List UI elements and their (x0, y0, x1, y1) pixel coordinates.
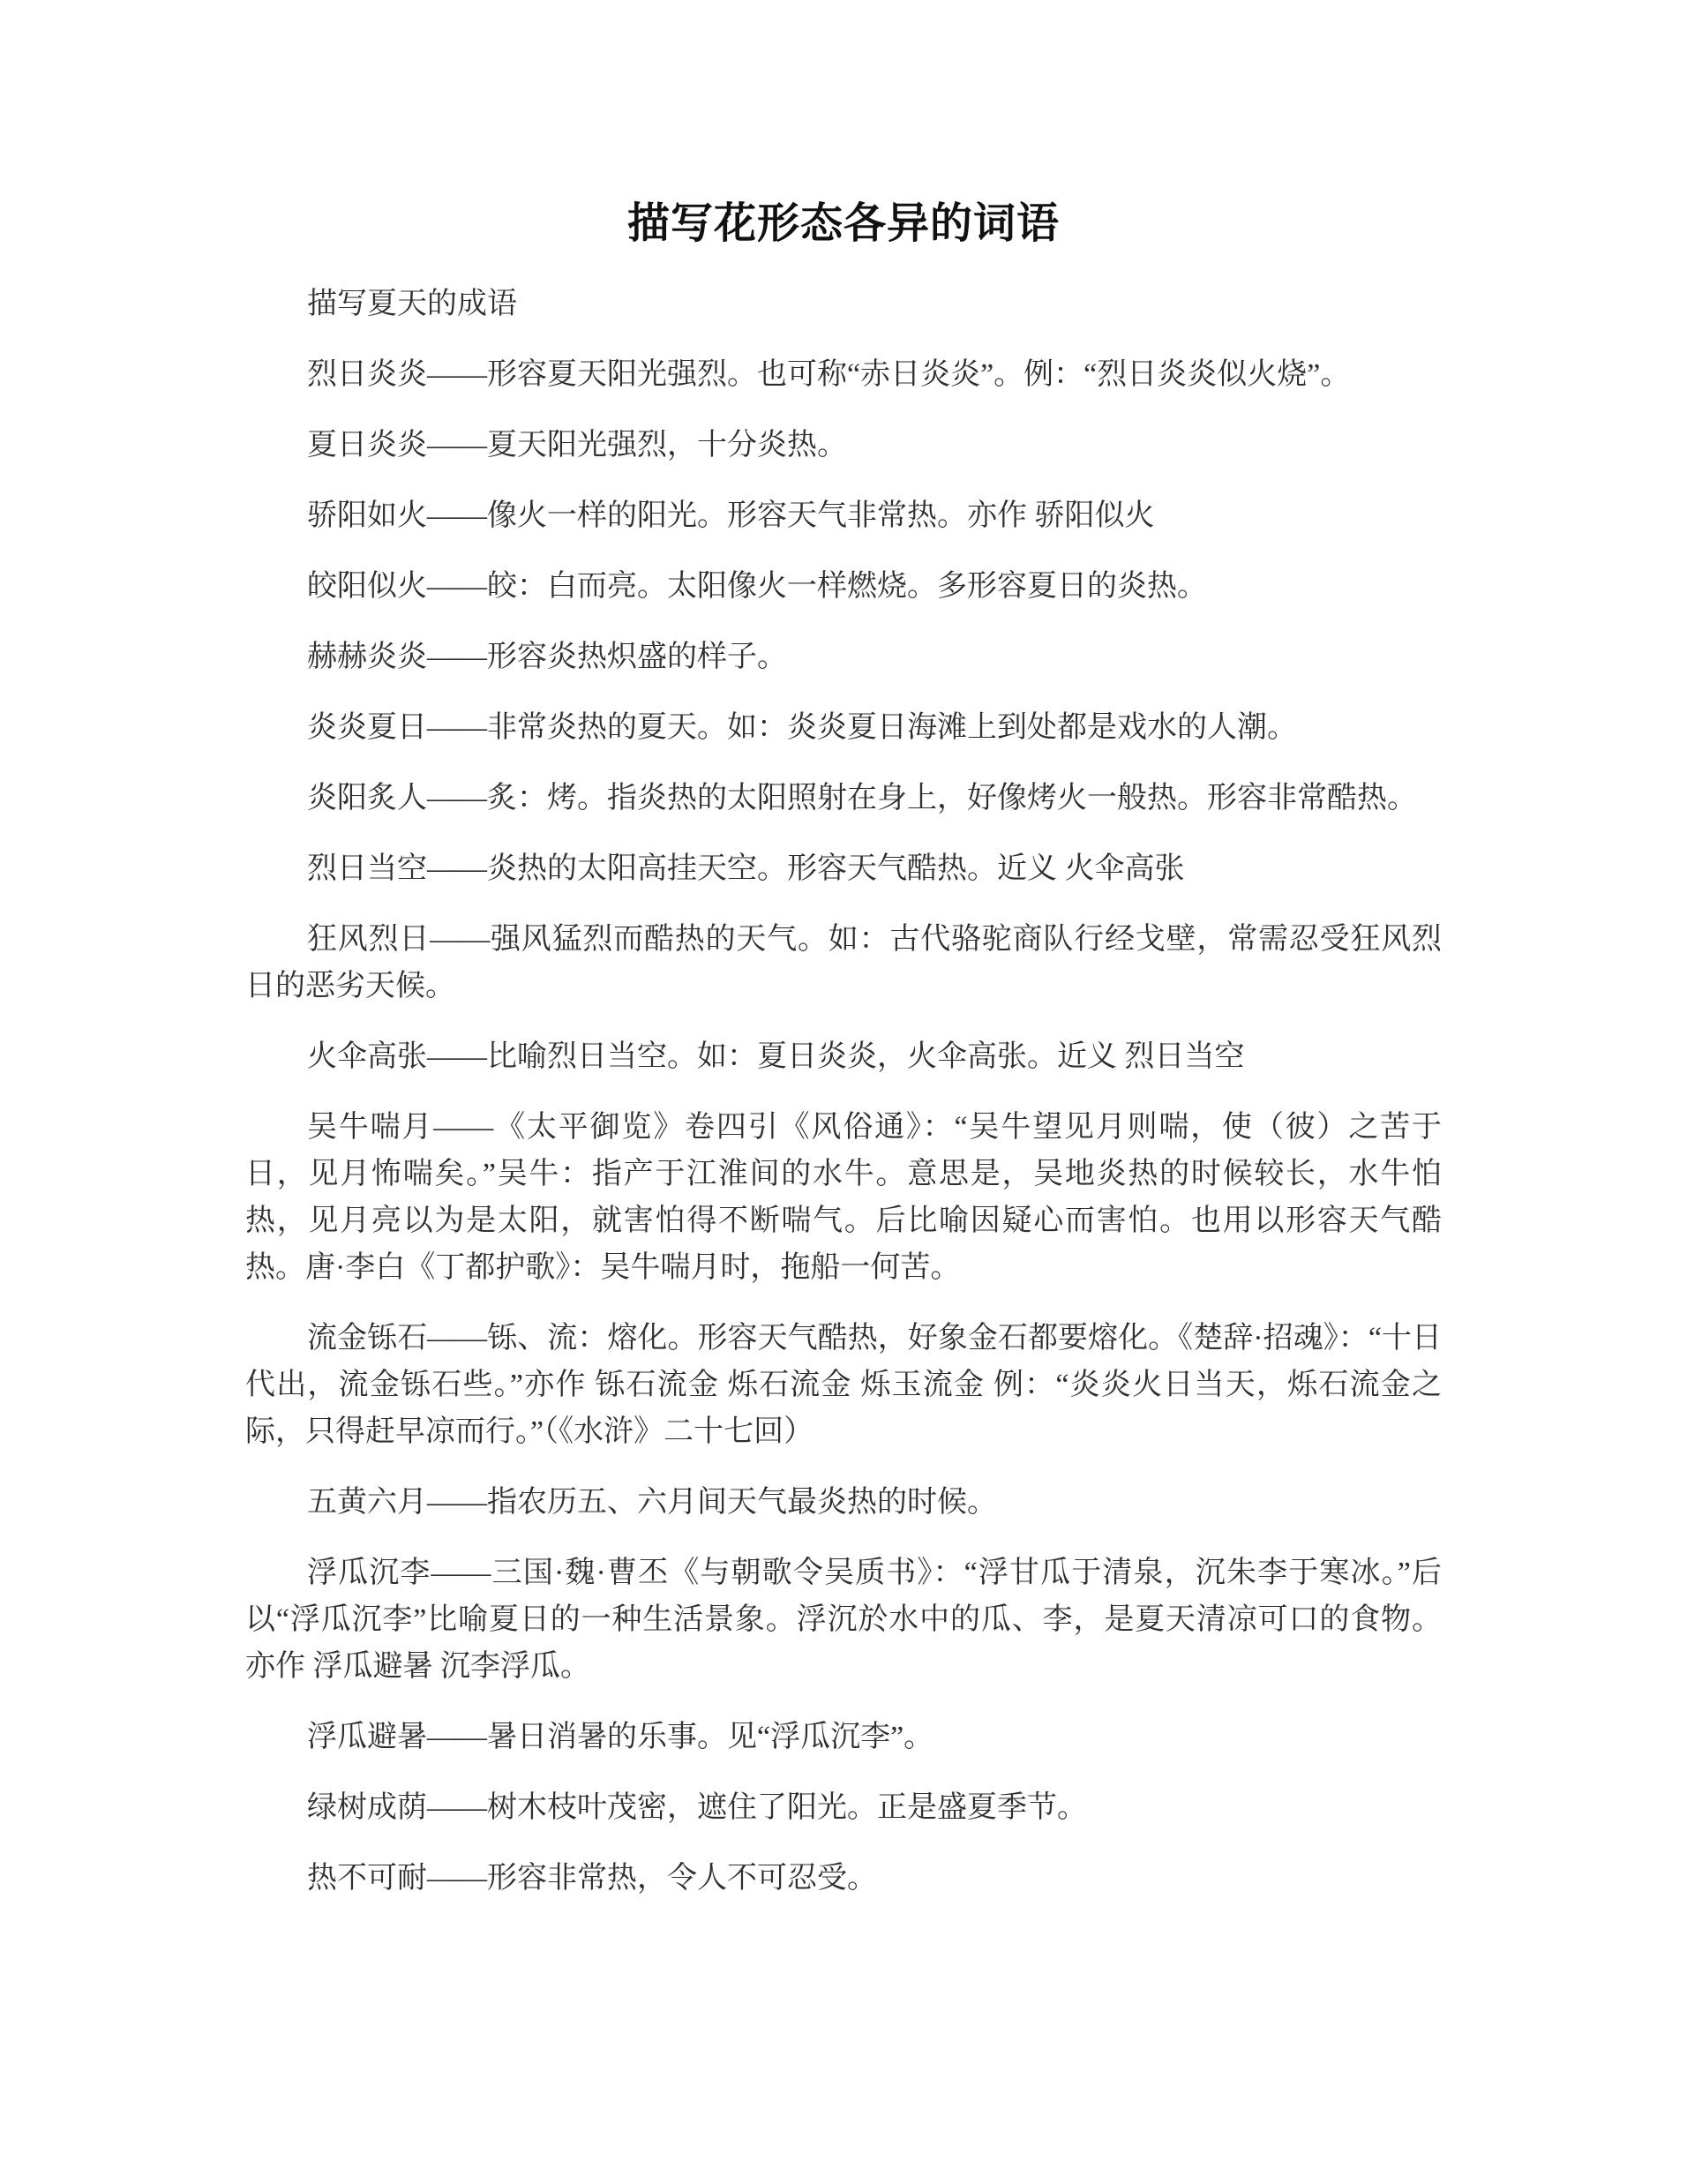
paragraph: 绿树成荫——树木枝叶茂密，遮住了阳光。正是盛夏季节。 (245, 1784, 1442, 1831)
paragraph: 炎阳炙人——炙：烤。指炎热的太阳照射在身上，好像烤火一般热。形容非常酷热。 (245, 775, 1442, 822)
paragraph: 炎炎夏日——非常炎热的夏天。如：炎炎夏日海滩上到处都是戏水的人潮。 (245, 704, 1442, 751)
paragraph: 烈日当空——炎热的太阳高挂天空。形容天气酷热。近义 火伞高张 (245, 845, 1442, 892)
paragraph: 夏日炎炎——夏天阳光强烈，十分炎热。 (245, 422, 1442, 469)
paragraph: 狂风烈日——强风猛烈而酷热的天气。如：古代骆驼商队行经戈壁，常需忍受狂风烈日的恶… (245, 916, 1442, 1009)
paragraph: 吴牛喘月——《太平御览》卷四引《风俗通》：“吴牛望见月则喘，使（彼）之苦于日，见… (245, 1104, 1442, 1291)
paragraph: 骄阳如火——像火一样的阳光。形容天气非常热。亦作 骄阳似火 (245, 492, 1442, 539)
paragraph: 五黄六月——指农历五、六月间天气最炎热的时候。 (245, 1479, 1442, 1526)
paragraph: 火伞高张——比喻烈日当空。如：夏日炎炎，火伞高张。近义 烈日当空 (245, 1033, 1442, 1080)
paragraph: 浮瓜避暑——暑日消暑的乐事。见“浮瓜沉李”。 (245, 1714, 1442, 1760)
paragraph: 赫赫炎炎——形容炎热炽盛的样子。 (245, 634, 1442, 680)
paragraph: 描写夏天的成语 (245, 281, 1442, 327)
paragraph: 烈日炎炎——形容夏天阳光强烈。也可称“赤日炎炎”。例：“烈日炎炎似火烧”。 (245, 351, 1442, 398)
paragraph: 浮瓜沉李——三国·魏·曹丕《与朝歌令吴质书》：“浮甘瓜于清泉，沉朱李于寒冰。”后… (245, 1550, 1442, 1690)
paragraph: 热不可耐——形容非常热，令人不可忍受。 (245, 1855, 1442, 1902)
document-page: 描写花形态各异的词语 描写夏天的成语 烈日炎炎——形容夏天阳光强烈。也可称“赤日… (0, 0, 1687, 2184)
paragraph: 皎阳似火——皎：白而亮。太阳像火一样燃烧。多形容夏日的炎热。 (245, 563, 1442, 610)
paragraph: 流金铄石——铄、流：熔化。形容天气酷热，好象金石都要熔化。《楚辞·招魂》：“十日… (245, 1315, 1442, 1455)
page-title: 描写花形态各异的词语 (245, 199, 1442, 249)
